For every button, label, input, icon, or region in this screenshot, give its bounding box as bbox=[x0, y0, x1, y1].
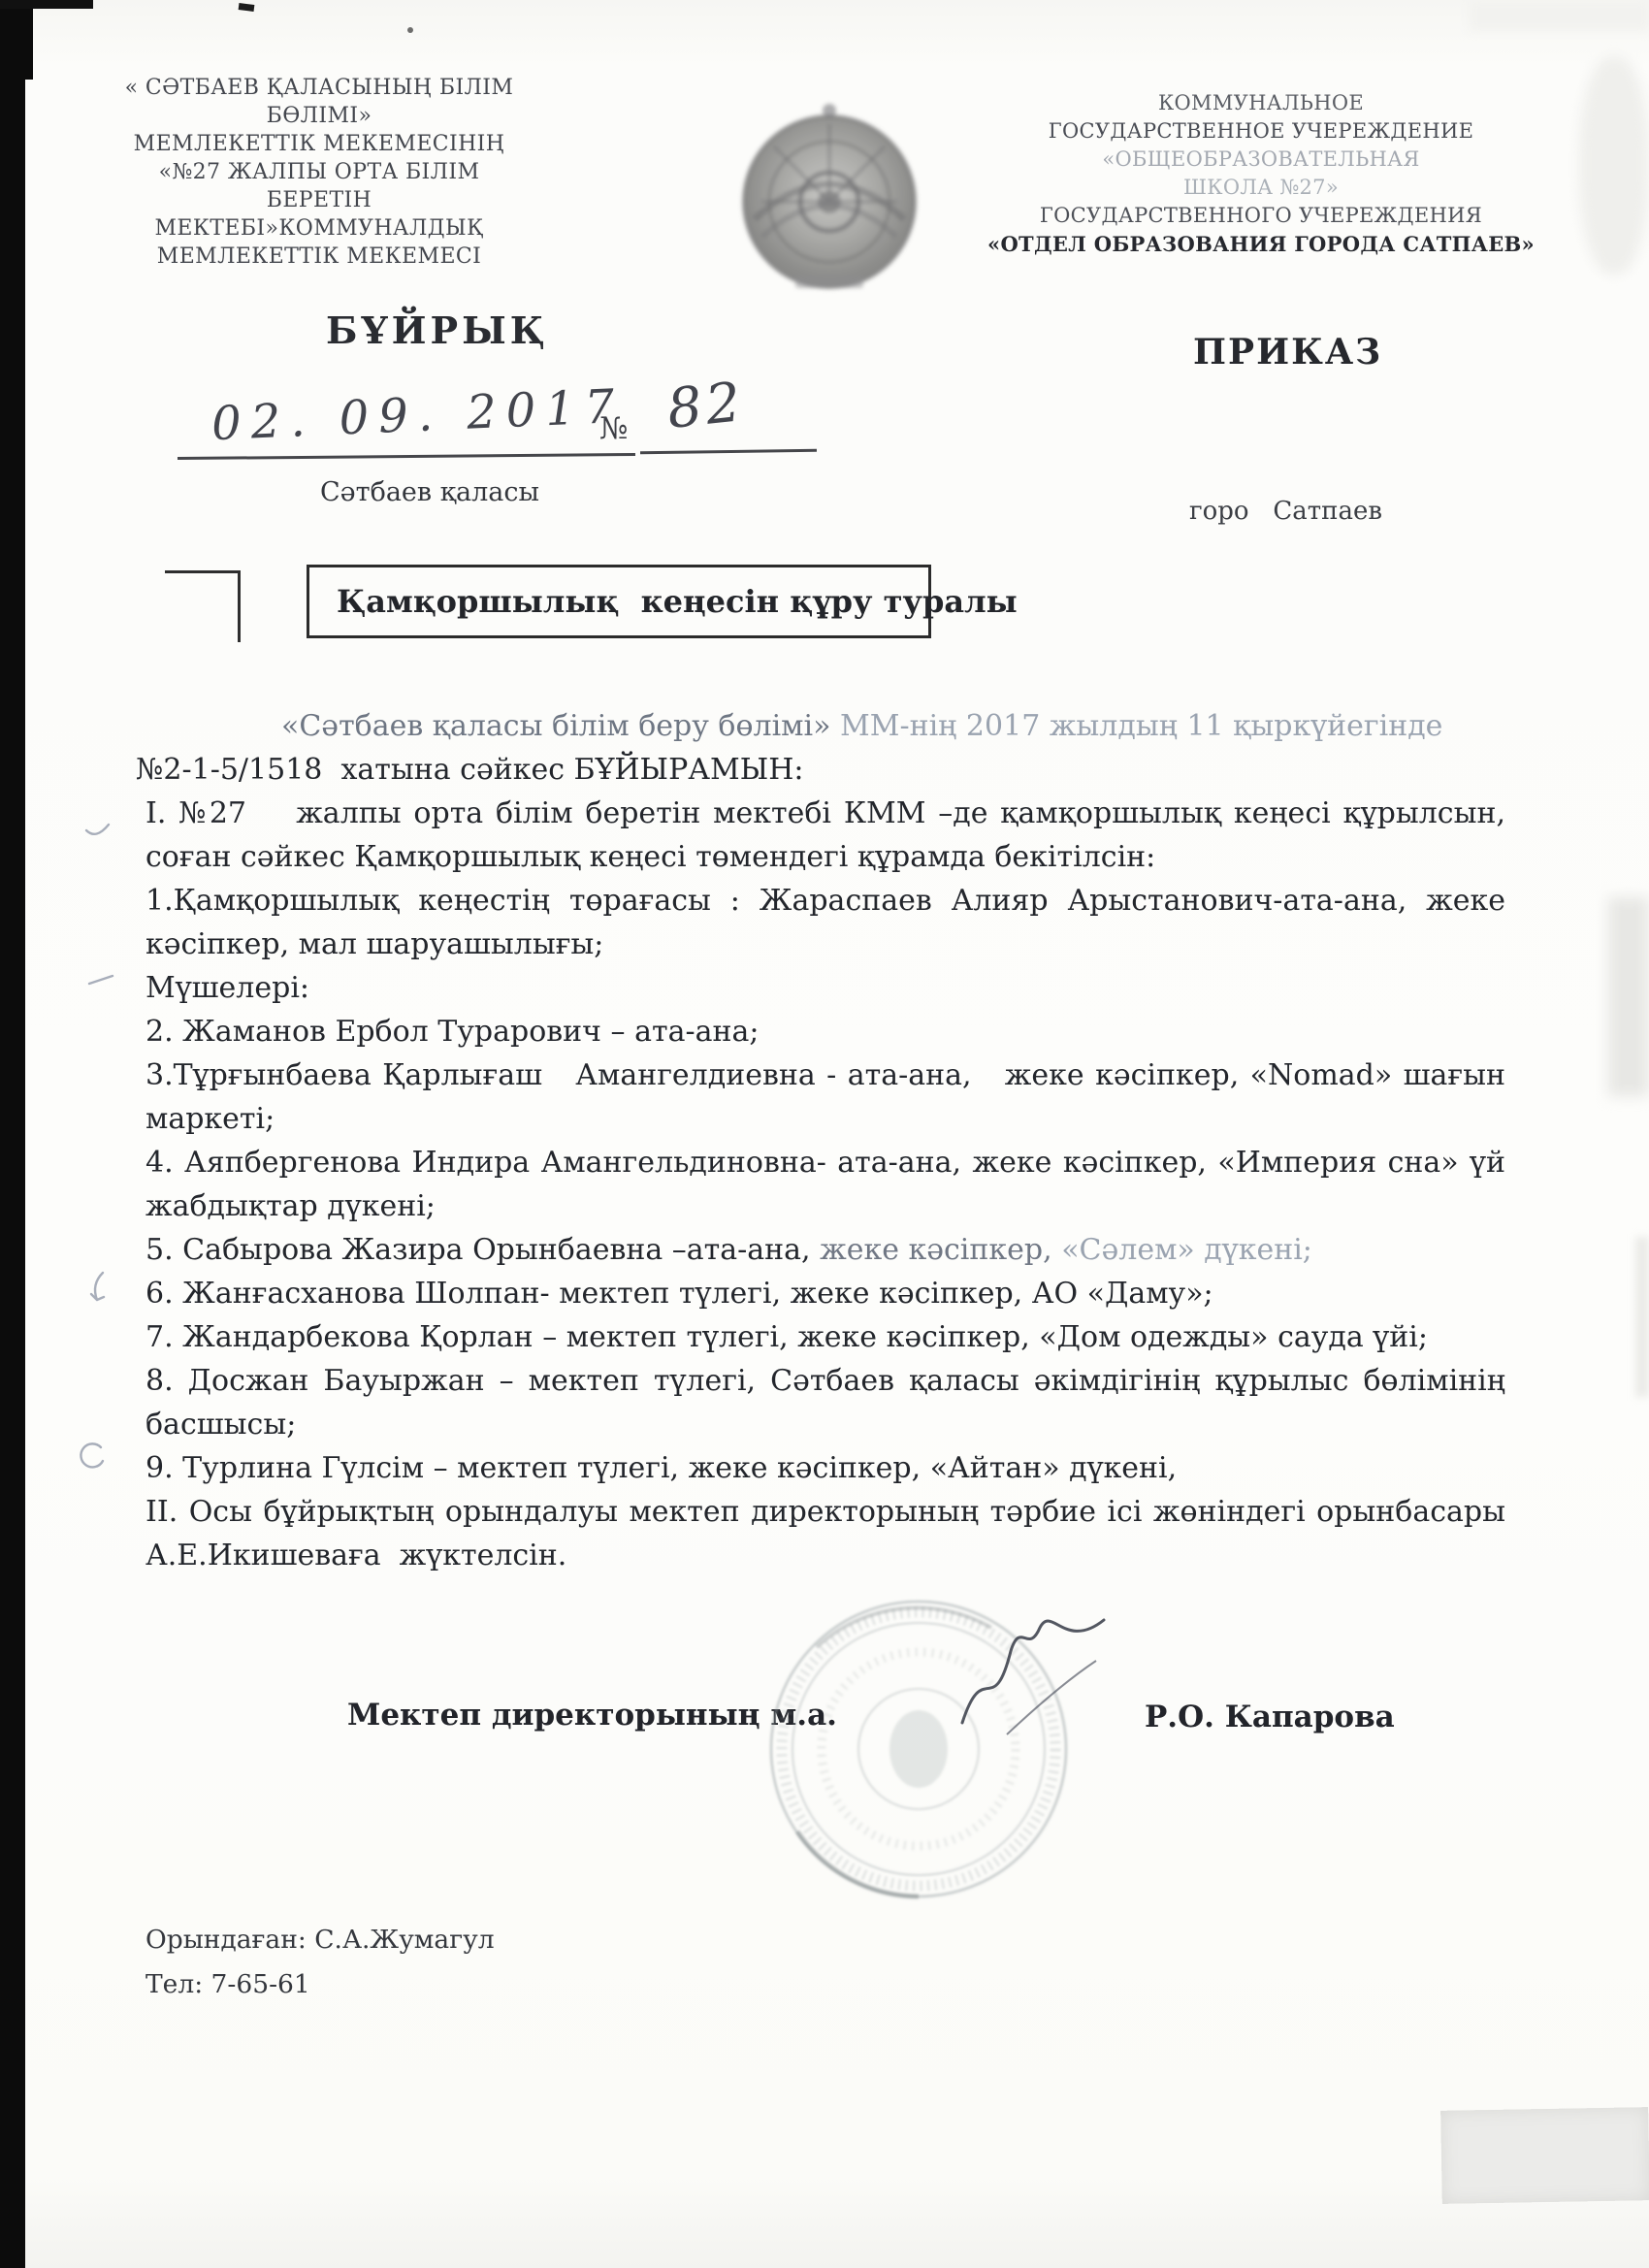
order-item: 4. Аяпбергенова Индира Амангельдиновна- … bbox=[145, 1141, 1505, 1228]
order-item: 5. Сабырова Жазира Орынбаевна –ата-ана, … bbox=[145, 1228, 1505, 1272]
org-kk-line: «№27 ЖАЛПЫ ОРТА БІЛІМ БЕРЕТІН bbox=[124, 158, 514, 214]
order-item: 3.Тұрғынбаева Қарлығаш Амангелдиевна - а… bbox=[145, 1053, 1505, 1141]
number-underline bbox=[640, 449, 817, 455]
place-ru: горо Сатпаев bbox=[1189, 497, 1382, 526]
pencil-mark bbox=[89, 1271, 114, 1304]
number-sign: № bbox=[599, 411, 628, 446]
scan-edge-artifact bbox=[0, 0, 33, 80]
order-item: 8. Досжан Бауыржан – мектеп түлегі, Сәтб… bbox=[145, 1359, 1505, 1446]
pencil-mark bbox=[74, 1440, 109, 1474]
scan-speck-artifact bbox=[407, 27, 413, 33]
order-item: 9. Турлина Гүлсім – мектеп түлегі, жеке … bbox=[145, 1446, 1505, 1490]
handwritten-signature-icon bbox=[951, 1599, 1115, 1744]
place-kk: Сәтбаев қаласы bbox=[320, 477, 539, 507]
organization-name-ru: КОММУНАЛЬНОЕ ГОСУДАРСТВЕННОЕ УЧЕРЕЖДЕНИЕ… bbox=[970, 89, 1552, 258]
scan-smudge-artifact bbox=[1440, 2107, 1649, 2204]
org-kk-line: МЕКТЕБІ»КОММУНАЛДЫҚ bbox=[124, 214, 514, 243]
scan-speck-artifact bbox=[239, 3, 255, 12]
scan-smudge-artifact bbox=[1635, 1237, 1649, 1397]
org-ru-line: ГОСУДАРСТВЕННОЕ УЧЕРЕЖДЕНИЕ bbox=[970, 117, 1552, 146]
org-ru-line: КОММУНАЛЬНОЕ bbox=[970, 89, 1552, 117]
scan-smudge-artifact bbox=[1579, 56, 1649, 275]
order-word-kk: БҰЙРЫҚ bbox=[326, 308, 549, 352]
corner-mark bbox=[238, 570, 241, 642]
order-item: 7. Жандарбекова Қорлан – мектеп түлегі, … bbox=[145, 1315, 1505, 1359]
order-paragraph: ІІ. Осы бұйрықтың орындалуы мектеп дирек… bbox=[145, 1490, 1505, 1577]
order-item: Мүшелері: bbox=[145, 966, 1505, 1010]
org-kk-line: МЕМЛЕКЕТТІК МЕКЕМЕСІНІҢ bbox=[124, 130, 514, 158]
handwritten-date: 02. 09. 2017 bbox=[210, 379, 625, 451]
scanned-order-page: « СӘТБАЕВ ҚАЛАСЫНЫҢ БІЛІМ БӨЛІМІ» МЕМЛЕК… bbox=[0, 0, 1649, 2268]
org-kk-line: « СӘТБАЕВ ҚАЛАСЫНЫҢ БІЛІМ БӨЛІМІ» bbox=[124, 74, 514, 130]
pencil-mark bbox=[87, 970, 116, 989]
scan-smudge-artifact bbox=[1470, 0, 1649, 31]
org-ru-line: ШКОЛА №27» bbox=[970, 174, 1552, 202]
intro-faded: ММ-нің 2017 жылдың 11 қыркүйегінде bbox=[830, 709, 1442, 743]
signer-name: Р.О. Капарова bbox=[1145, 1700, 1395, 1734]
organization-name-kk: « СӘТБАЕВ ҚАЛАСЫНЫҢ БІЛІМ БӨЛІМІ» МЕМЛЕК… bbox=[124, 74, 514, 271]
date-underline bbox=[178, 453, 635, 460]
corner-mark bbox=[165, 570, 241, 573]
org-ru-line: «ОТДЕЛ ОБРАЗОВАНИЯ ГОРОДА САТПАЕВ» bbox=[970, 230, 1552, 258]
phone-line: Тел: 7-65-61 bbox=[145, 1969, 310, 1999]
order-item: 6. Жанғасханова Шолпан- мектеп түлегі, ж… bbox=[145, 1272, 1505, 1315]
executor-line: Орындаған: С.А.Жумагул bbox=[145, 1925, 495, 1955]
order-word-ru: ПРИКАЗ bbox=[1193, 332, 1382, 373]
kazakhstan-state-emblem-icon bbox=[737, 85, 921, 304]
scan-smudge-artifact bbox=[1608, 897, 1649, 1096]
order-item-mid: жеке кәсіпкер, bbox=[811, 1233, 1052, 1267]
org-ru-line: ГОСУДАРСТВЕННОГО УЧЕРЕЖДЕНИЯ bbox=[970, 202, 1552, 230]
order-paragraph: І. №27 жалпы орта білім беретін мектебі … bbox=[145, 792, 1505, 879]
order-item: 1.Қамқоршылық кеңестің төрағасы : Жарасп… bbox=[145, 879, 1505, 966]
order-item: 2. Жаманов Ербол Турарович – ата-ана; bbox=[145, 1010, 1505, 1053]
order-subject: Қамқоршылық кеңесін құру туралы bbox=[307, 565, 931, 638]
scan-edge-artifact bbox=[0, 0, 25, 2268]
handwritten-order-number: 82 bbox=[664, 371, 748, 441]
pencil-mark bbox=[83, 813, 114, 844]
intro-paragraph: «Сәтбаев қаласы білім беру бөлімі» ММ-ні… bbox=[145, 704, 1505, 792]
order-item-faded: «Сәлем» дүкені; bbox=[1052, 1233, 1312, 1267]
org-kk-line: МЕМЛЕКЕТТІК МЕКЕМЕСІ bbox=[124, 243, 514, 271]
order-body: «Сәтбаев қаласы білім беру бөлімі» ММ-ні… bbox=[145, 704, 1505, 1577]
intro-lead: «Сәтбаев қаласы білім беру бөлімі» bbox=[281, 709, 830, 743]
scan-edge-artifact bbox=[0, 0, 93, 9]
intro-rest: №2-1-5/1518 хатына сәйкес БҰЙЫРАМЫН: bbox=[136, 748, 1505, 792]
order-item-main: 5. Сабырова Жазира Орынбаевна –ата-ана, bbox=[145, 1233, 811, 1267]
org-ru-line: «ОБЩЕОБРАЗОВАТЕЛЬНАЯ bbox=[970, 146, 1552, 174]
